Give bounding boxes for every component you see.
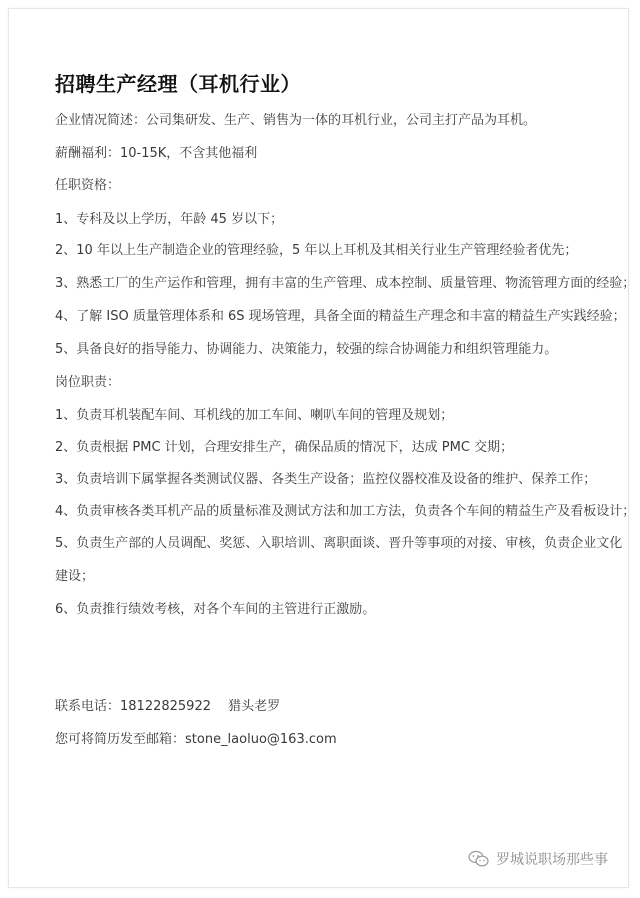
qualification-item: 1、专科及以上学历，年龄 45 岁以下； [55, 211, 283, 229]
salary-info: 薪酬福利：10-15K，不含其他福利 [55, 145, 257, 163]
responsibilities-heading: 岗位职责： [55, 374, 120, 392]
page-title: 招聘生产经理（耳机行业） [55, 68, 301, 97]
watermark-text: 罗城说职场那些事 [496, 849, 608, 869]
qualification-item: 2、10 年以上生产制造企业的管理经验，5 年以上耳机及其相关行业生产管理经验者… [55, 242, 577, 260]
company-intro: 企业情况简述：公司集研发、生产、销售为一体的耳机行业，公司主打产品为耳机。 [55, 112, 536, 130]
responsibility-item-continued: 建设； [55, 568, 94, 586]
responsibility-item: 3、负责培训下属掌握各类测试仪器、各类生产设备；监控仪器校准及设备的维护、保养工… [55, 471, 596, 489]
responsibility-item: 1、负责耳机装配车间、耳机线的加工车间、喇叭车间的管理及规划； [55, 407, 453, 425]
qualification-item: 4、了解 ISO 质量管理体系和 6S 现场管理，具备全面的精益生产理念和丰富的… [55, 308, 626, 326]
qualification-item: 3、熟悉工厂的生产运作和管理，拥有丰富的生产管理、成本控制、质量管理、物流管理方… [55, 275, 635, 293]
watermark: 罗城说职场那些事 [468, 849, 608, 869]
responsibility-item: 4、负责审核各类耳机产品的质量标准及测试方法和加工方法，负责各个车间的精益生产及… [55, 503, 635, 521]
wechat-icon [468, 850, 490, 868]
responsibility-item: 6、负责推行绩效考核，对各个车间的主管进行正激励。 [55, 601, 375, 619]
contact-phone: 联系电话：18122825922 猎头老罗 [55, 698, 280, 716]
contact-email: 您可将简历发至邮箱：stone_laoluo@163.com [55, 731, 337, 749]
responsibility-item: 5、负责生产部的人员调配、奖惩、入职培训、离职面谈、晋升等事项的对接、审核，负责… [55, 535, 622, 553]
qualifications-heading: 任职资格： [55, 177, 120, 195]
responsibility-item: 2、负责根据 PMC 计划，合理安排生产，确保品质的情况下，达成 PMC 交期； [55, 439, 513, 457]
qualification-item: 5、具备良好的指导能力、协调能力、决策能力，较强的综合协调能力和组织管理能力。 [55, 341, 557, 359]
job-posting-card: 招聘生产经理（耳机行业） 企业情况简述：公司集研发、生产、销售为一体的耳机行业，… [8, 8, 629, 888]
